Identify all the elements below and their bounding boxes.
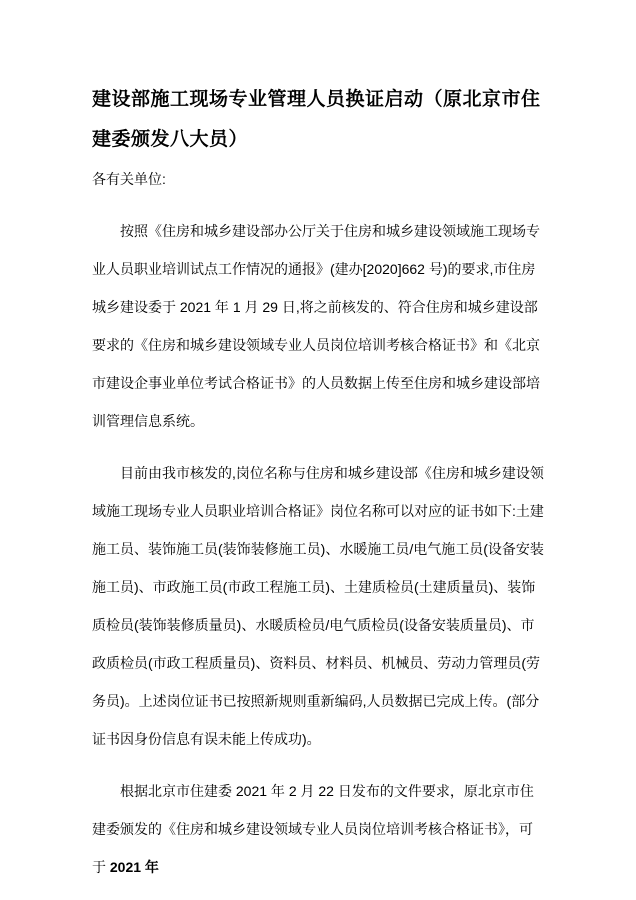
paragraph-renewal-requirement: 根据北京市住建委 2021 年 2 月 22 日发布的文件要求，原北京市住建委颁…	[92, 772, 546, 886]
salutation: 各有关单位:	[92, 160, 546, 198]
document-page: 建设部施工现场专业管理人员换证启动（原北京市住建委颁发八大员） 各有关单位: 按…	[0, 0, 636, 900]
paragraph-renewal-bold-date: 2021 年	[110, 859, 159, 875]
paragraph-upload-notice: 按照《住房和城乡建设部办公厅关于住房和城乡建设领域施工现场专业人员职业培训试点工…	[92, 212, 546, 440]
document-title: 建设部施工现场专业管理人员换证启动（原北京市住建委颁发八大员）	[92, 80, 546, 160]
paragraph-certificate-mapping: 目前由我市核发的,岗位名称与住房和城乡建设部《住房和城乡建设领域施工现场专业人员…	[92, 454, 546, 758]
